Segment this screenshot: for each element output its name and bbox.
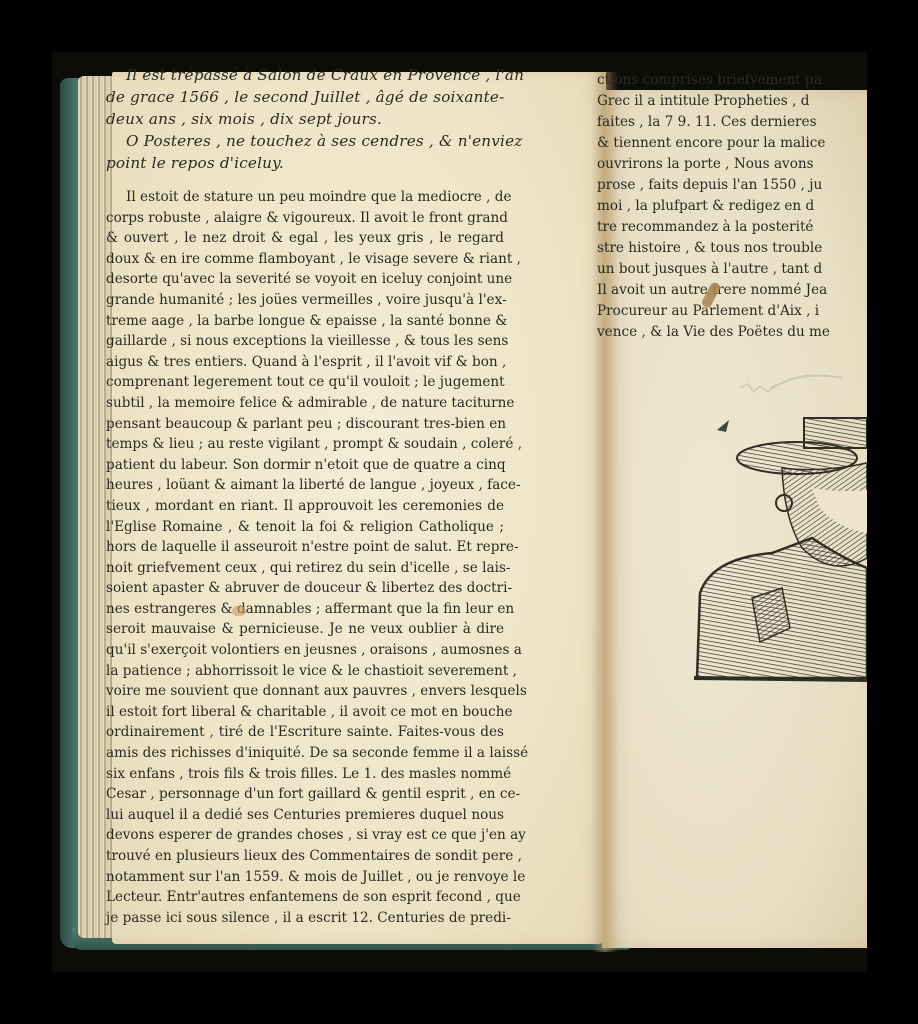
text-line: hors de laquelle il asseuroit n'estre po… bbox=[106, 537, 504, 558]
text-line: prose , faits depuis l'an 1550 , ju bbox=[597, 175, 867, 196]
text-line: pensant beaucoup & parlant peu ; discour… bbox=[106, 414, 504, 435]
text-line: temps & lieu ; au reste vigilant , promp… bbox=[106, 434, 504, 455]
text-line: noit griefvement ceux , qui retirez du s… bbox=[106, 558, 504, 579]
text-line: je passe ici sous silence , il a escrit … bbox=[106, 908, 504, 929]
text-line: ctions comprises briefvement pa bbox=[597, 70, 867, 91]
text-line: & tiennent encore pour la malice bbox=[597, 133, 867, 154]
text-line: il estoit fort liberal & charitable , il… bbox=[106, 702, 504, 723]
epitaph-line: Il est trépassé à Salon de Craux en Prov… bbox=[106, 64, 538, 86]
text-line: Procureur au Parlement d'Aix , i bbox=[597, 301, 867, 322]
text-line: Grec il a intitule Propheties , d bbox=[597, 91, 867, 112]
text-line: grande humanité ; les joües vermeilles ,… bbox=[106, 290, 504, 311]
text-line: tre recommandez à la posterité bbox=[597, 217, 867, 238]
text-line: treme aage , la barbe longue & epaisse ,… bbox=[106, 311, 504, 332]
epitaph-line: deux ans , six mois , dix sept jours. bbox=[106, 108, 538, 130]
text-line: l'Eglise Romaine , & tenoit la foi & rel… bbox=[106, 517, 504, 538]
text-line: stre histoire , & tous nos trouble bbox=[597, 238, 867, 259]
text-line: gaillarde , si nous exceptions la vieill… bbox=[106, 331, 504, 352]
text-line: un bout jusques à l'autre , tant d bbox=[597, 259, 867, 280]
text-line: vence , & la Vie des Poëtes du me bbox=[597, 322, 867, 343]
text-line: Lecteur. Entr'autres enfantemens de son … bbox=[106, 887, 504, 908]
text-line: tieux , mordant en riant. Il approuvoit … bbox=[106, 496, 504, 517]
text-line: notamment sur l'an 1559. & mois de Juill… bbox=[106, 867, 504, 888]
text-line: Il estoit de stature un peu moindre que … bbox=[106, 187, 504, 208]
text-line: Cesar , personnage d'un fort gaillard & … bbox=[106, 784, 504, 805]
text-line: trouvé en plusieurs lieux des Commentair… bbox=[106, 846, 504, 867]
text-line: soient apaster & abruver de douceur & li… bbox=[106, 578, 504, 599]
text-line: ordinairement , tiré de l'Escriture sain… bbox=[106, 722, 504, 743]
left-page-text: Il est trépassé à Salon de Craux en Prov… bbox=[106, 64, 538, 928]
text-line: & ouvert , le nez droit & egal , les yeu… bbox=[106, 228, 504, 249]
text-line: corps robuste , alaigre & vigoureux. Il … bbox=[106, 208, 504, 229]
text-line: patient du labeur. Son dormir n'etoit qu… bbox=[106, 455, 504, 476]
text-line: seroit mauvaise & pernicieuse. Je ne veu… bbox=[106, 619, 504, 640]
text-line: heures , loüant & aimant la liberté de l… bbox=[106, 475, 504, 496]
text-line: subtil , la memoire felice & admirable ,… bbox=[106, 393, 504, 414]
paper-stain bbox=[232, 606, 246, 616]
text-line: desorte qu'avec la severité se voyoit en… bbox=[106, 269, 504, 290]
right-page-text: ctions comprises briefvement pa Grec il … bbox=[597, 70, 867, 343]
epitaph: Il est trépassé à Salon de Craux en Prov… bbox=[106, 64, 538, 174]
text-line: amis des richisses d'iniquité. De sa sec… bbox=[106, 743, 504, 764]
text-line: voire me souvient que donnant aux pauvre… bbox=[106, 681, 504, 702]
text-line: doux & en ire comme flamboyant , le visa… bbox=[106, 249, 504, 270]
text-line: lui auquel il a dedié ses Centuries prem… bbox=[106, 805, 504, 826]
text-line: aigus & tres entiers. Quand à l'esprit ,… bbox=[106, 352, 504, 373]
text-line: Il avoit un autre frere nommé Jea bbox=[597, 280, 867, 301]
biography-paragraph: Il estoit de stature un peu moindre que … bbox=[106, 187, 538, 928]
text-line: ouvrirons la porte , Nous avons bbox=[597, 154, 867, 175]
epitaph-line: O Posteres , ne touchez à ses cendres , … bbox=[106, 130, 538, 152]
text-line: moi , la plufpart & redigez en d bbox=[597, 196, 867, 217]
text-line: devons esperer de grandes choses , si vr… bbox=[106, 825, 504, 846]
text-line: la patience ; abhorrissoit le vice & le … bbox=[106, 661, 504, 682]
text-line: faites , la 7 9. 11. Ces dernieres bbox=[597, 112, 867, 133]
epitaph-line: point le repos d'iceluy. bbox=[106, 152, 538, 174]
text-line: comprenant legerement tout ce qu'il voul… bbox=[106, 372, 504, 393]
epitaph-line: de grace 1566 , le second Juillet , âgé … bbox=[106, 86, 538, 108]
text-line: six enfans , trois fils & trois filles. … bbox=[106, 764, 504, 785]
woodcut-portrait-illustration bbox=[672, 358, 867, 688]
text-line: nes estrangeres & damnables ; affermant … bbox=[106, 599, 504, 620]
text-line: qu'il s'exerçoit volontiers en jeusnes ,… bbox=[106, 640, 504, 661]
